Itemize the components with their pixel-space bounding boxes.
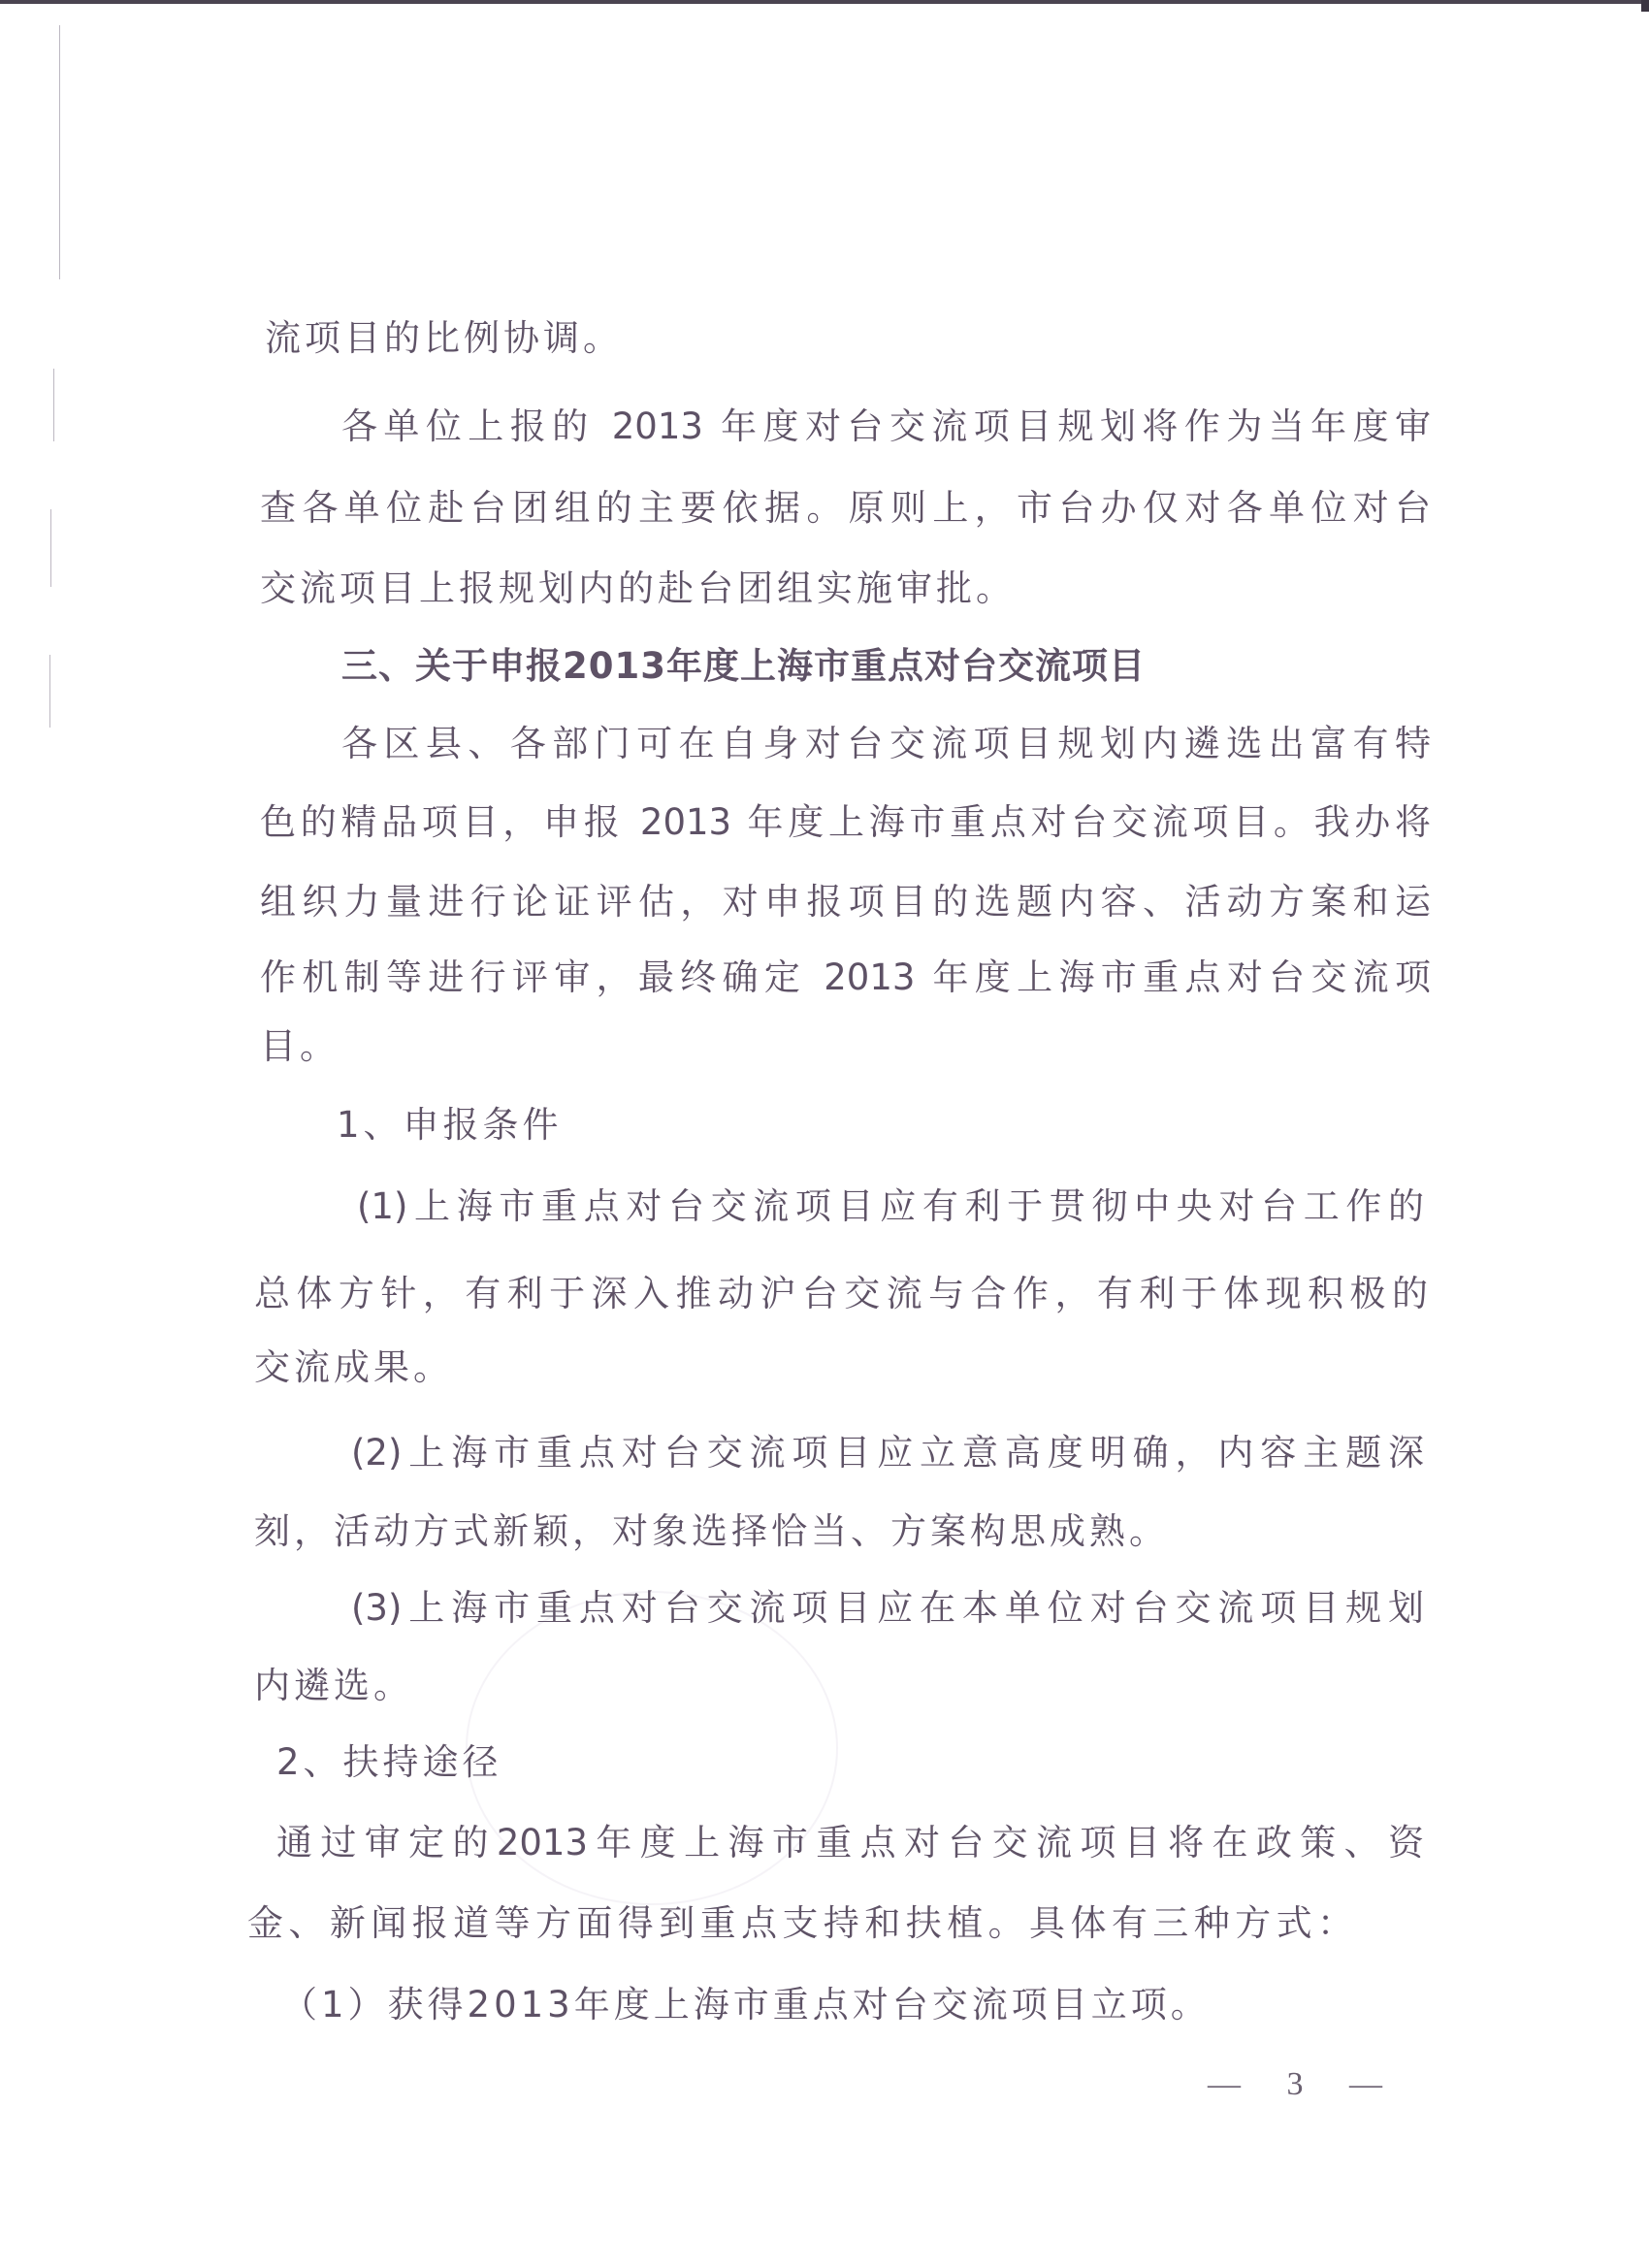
paragraph-line: 交流项目上报规划内的赴台团组实施审批。 <box>260 567 1016 610</box>
paragraph-line: 组织力量进行论证评估，对申报项目的选题内容、活动方案和运 <box>260 881 1431 923</box>
section-heading: 三、关于申报2013年度上海市重点对台交流项目 <box>341 645 1146 688</box>
paragraph-line: 作机制等进行评审，最终确定 2013 年度上海市重点对台交流项 <box>260 956 1431 999</box>
subsection-heading: 1、申报条件 <box>337 1104 563 1147</box>
subsection-heading: 2、扶持途径 <box>276 1741 502 1784</box>
paragraph-line: 内遴选。 <box>254 1665 413 1707</box>
page-number-dash-right: — <box>1349 2066 1382 2103</box>
scan-artifact-line <box>49 684 50 728</box>
scan-corner-mark <box>1641 0 1649 12</box>
paragraph-line: 各单位上报的 2013 年度对台交流项目规划将作为当年度审 <box>341 405 1431 448</box>
page-number-value: 3 <box>1287 2066 1304 2103</box>
paragraph-line: 查各单位赴台团组的主要依据。原则上，市台办仅对各单位对台 <box>260 487 1431 530</box>
page-number: — 3 — <box>1208 2066 1382 2103</box>
scan-artifact-line <box>53 369 54 441</box>
paragraph-line: (3)上海市重点对台交流项目应在本单位对台交流项目规划 <box>351 1587 1424 1630</box>
paragraph-line: (2)上海市重点对台交流项目应立意高度明确，内容主题深 <box>351 1432 1424 1474</box>
paragraph-line: (1)上海市重点对台交流项目应有利于贯彻中央对台工作的 <box>357 1185 1424 1228</box>
paragraph-line: 刻，活动方式新颖，对象选择恰当、方案构思成熟。 <box>254 1510 1169 1553</box>
page-number-dash-left: — <box>1208 2066 1241 2103</box>
scan-artifact-line <box>49 655 50 684</box>
paragraph-line: 金、新闻报道等方面得到重点支持和扶植。具体有三种方式： <box>247 1902 1353 1945</box>
paragraph-line: 交流成果。 <box>254 1346 453 1389</box>
paragraph-line: 色的精品项目，申报 2013 年度上海市重点对台交流项目。我办将 <box>260 801 1431 844</box>
scan-top-edge <box>0 0 1649 4</box>
paragraph-line: 通过审定的2013年度上海市重点对台交流项目将在政策、资 <box>276 1822 1424 1864</box>
paragraph-line: （1）获得2013年度上海市重点对台交流项目立项。 <box>281 1984 1211 2026</box>
scan-artifact-line <box>59 25 60 279</box>
paragraph-line: 各区县、各部门可在自身对台交流项目规划内遴选出富有特 <box>341 723 1431 765</box>
scan-artifact-line <box>50 509 51 587</box>
paragraph-line: 目。 <box>260 1025 339 1068</box>
paragraph-line: 流项目的比例协调。 <box>265 317 623 360</box>
paragraph-line: 总体方针，有利于深入推动沪台交流与合作，有利于体现积极的 <box>254 1273 1428 1315</box>
